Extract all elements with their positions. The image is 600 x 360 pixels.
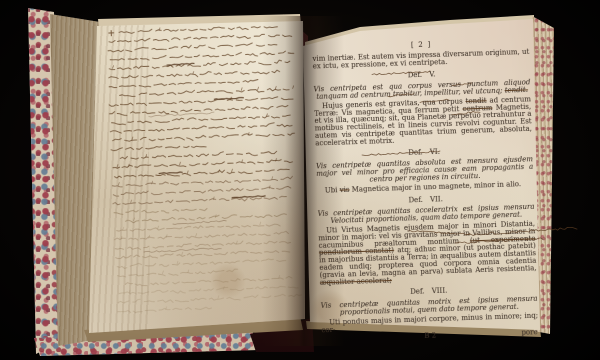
cursive-annotation [452, 112, 480, 115]
cursive-annotation [362, 151, 440, 156]
open-book-photo: [ 2 ] vim inertiæ. Est autem vis impress… [0, 0, 600, 360]
cursive-annotation [452, 83, 472, 86]
cursive-annotation [388, 94, 414, 97]
cursive-annotation [455, 238, 543, 243]
cursive-annotation [420, 99, 449, 102]
cursive-annotation [408, 231, 470, 235]
cursive-annotation [466, 227, 577, 235]
cursive-annotation [372, 71, 430, 75]
gutter-shadow [262, 16, 344, 346]
